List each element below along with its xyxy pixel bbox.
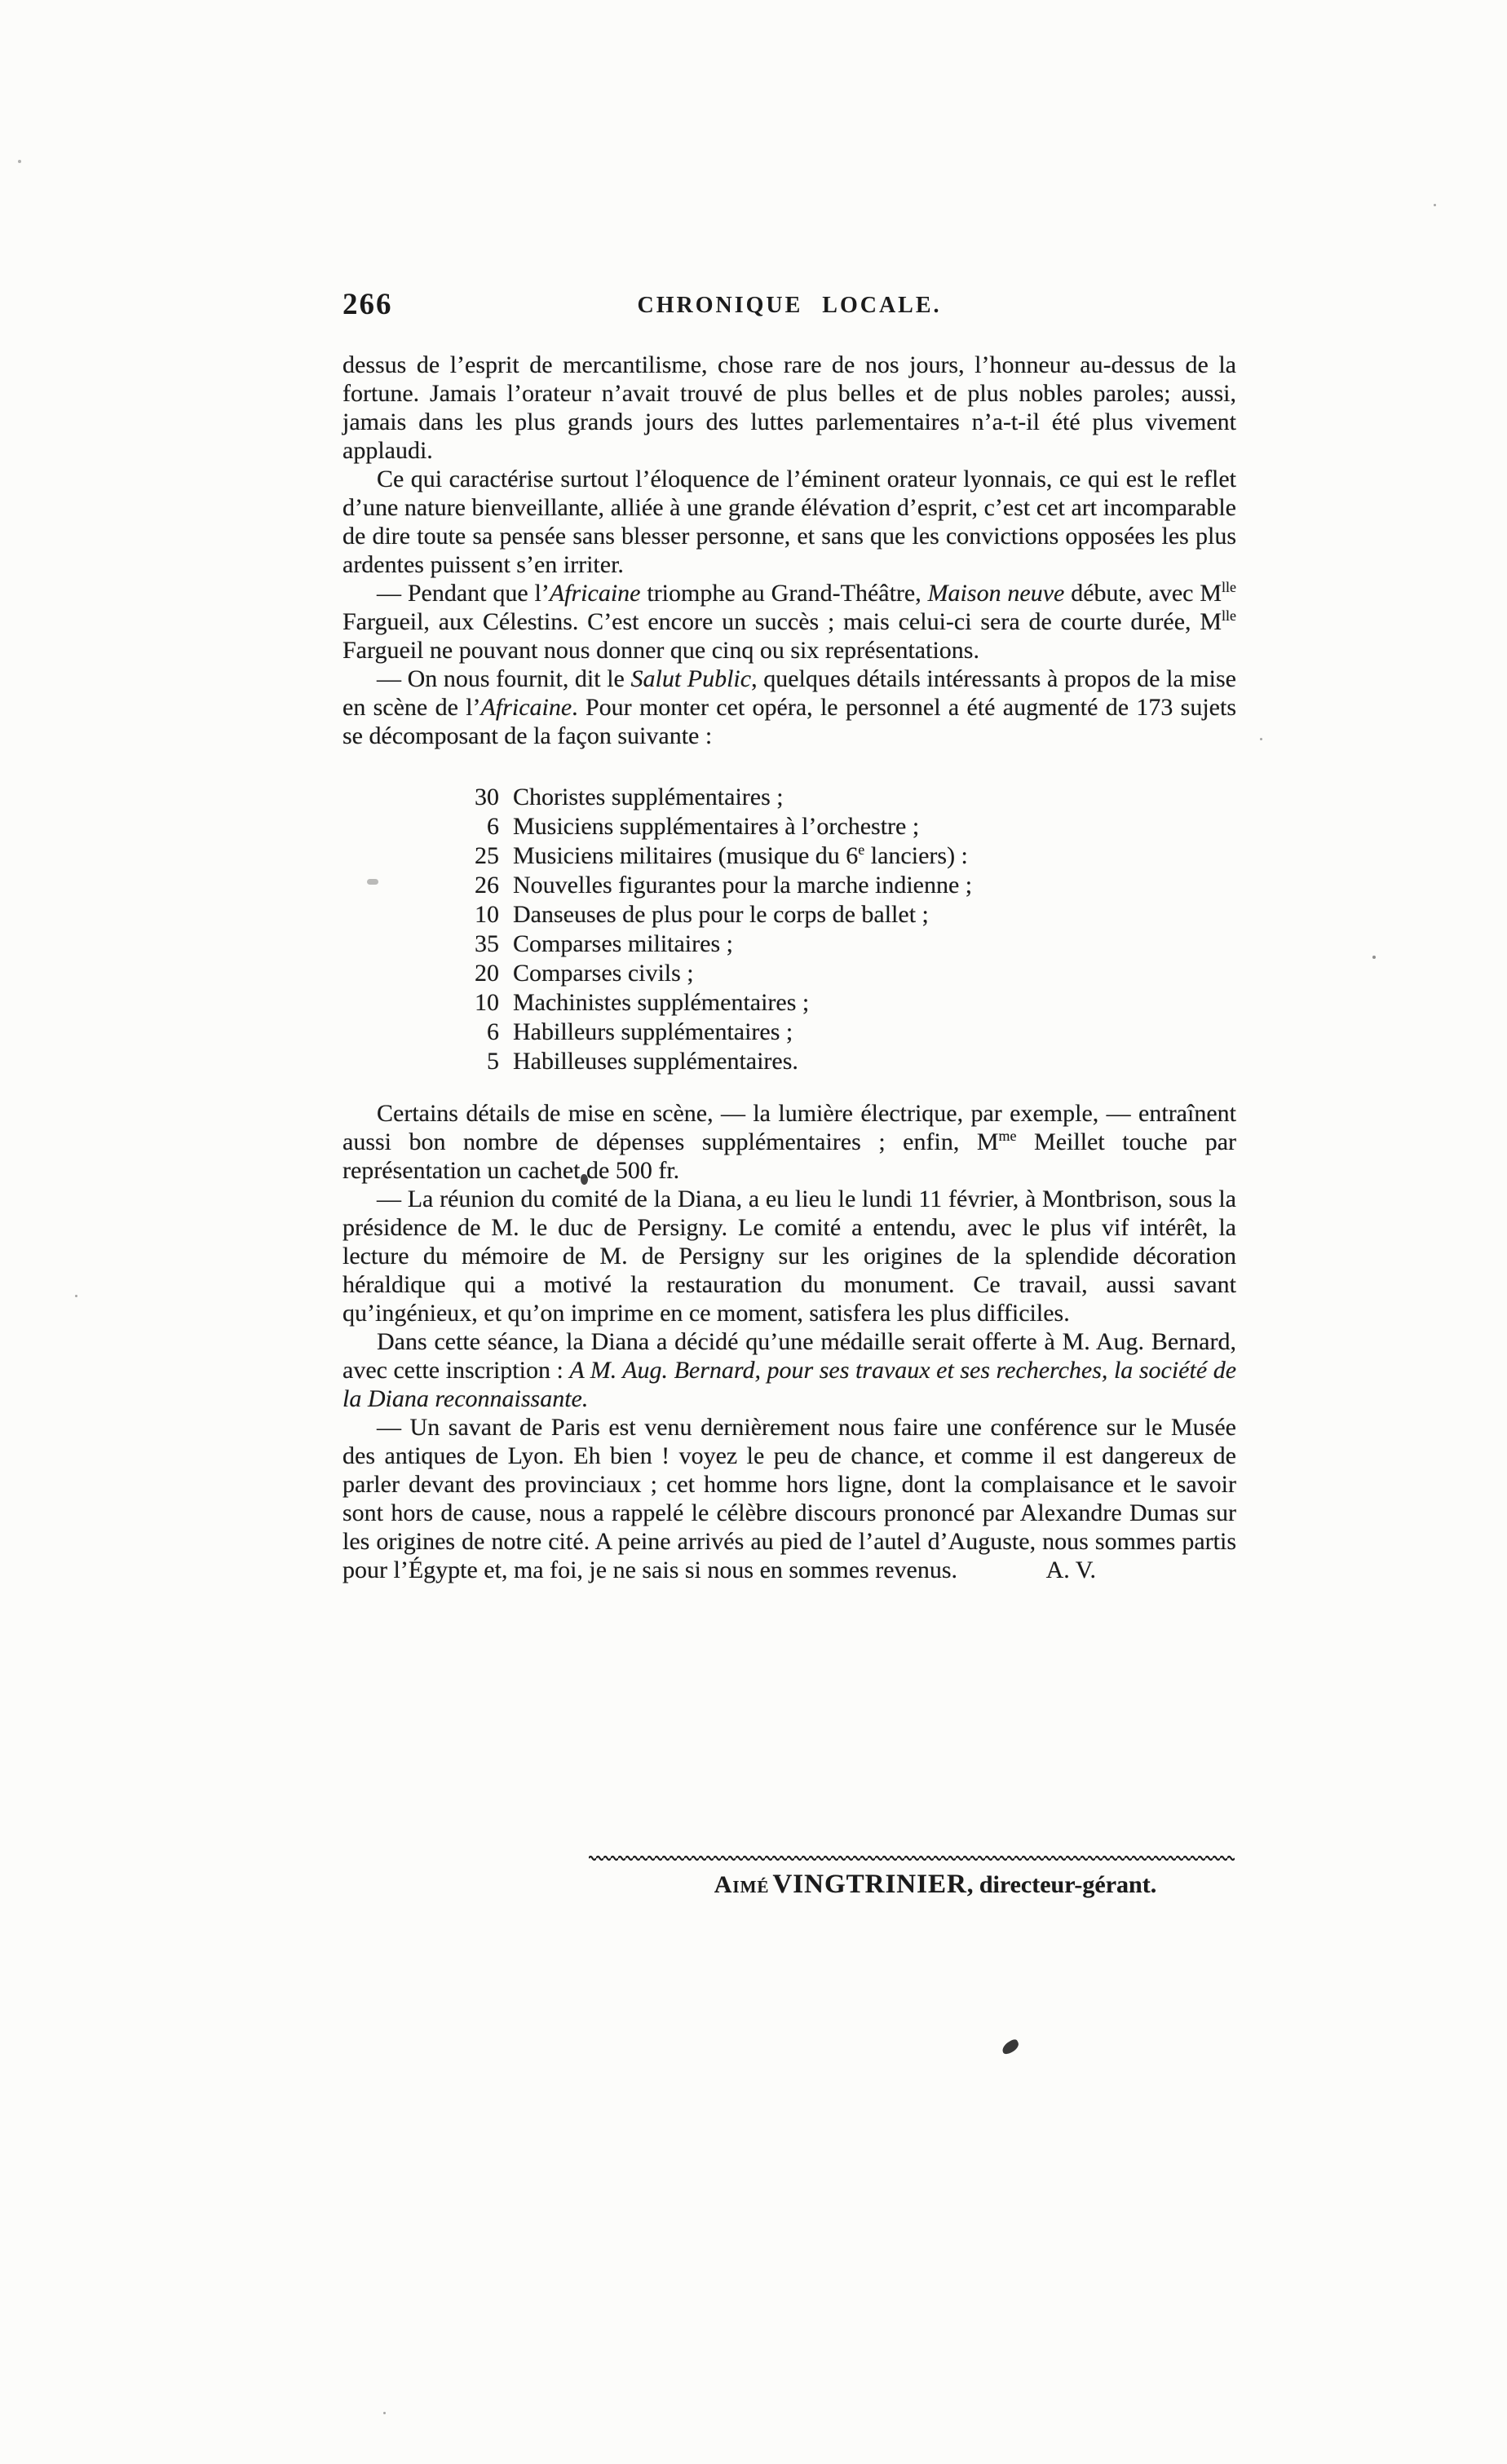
cast-count: 35 <box>342 930 513 959</box>
cast-count: 20 <box>342 959 513 988</box>
cast-count: 5 <box>342 1047 513 1076</box>
cast-label: Machinistes supplémentaires ; <box>513 988 1236 1018</box>
cast-count: 10 <box>342 900 513 930</box>
publisher-byline: Aimé VINGTRINIER, directeur-gérant. <box>589 1870 1235 1900</box>
cast-list-item: 25Musiciens militaires (musique du 6e la… <box>342 841 1236 871</box>
cast-label: Habilleurs supplémentaires ; <box>513 1018 1236 1047</box>
paragraphs-after-list: Certains détails de mise en scène, — la … <box>342 1099 1236 1584</box>
cast-list-item: 6Habilleurs supplémentaires ; <box>342 1018 1236 1047</box>
cast-list-item: 20Comparses civils ; <box>342 959 1236 988</box>
cast-label: Musiciens supplémentaires à l’orchestre … <box>513 812 1236 841</box>
paragraph: — Pendant que l’Africaine triomphe au Gr… <box>342 579 1236 665</box>
cast-label: Choristes supplémentaires ; <box>513 783 1236 812</box>
running-title: CHRONIQUE LOCALE. <box>637 293 941 319</box>
paragraph: — La réunion du comité de la Diana, a eu… <box>342 1185 1236 1327</box>
cast-list-item: 6Musiciens supplémentaires à l’orchestre… <box>342 812 1236 841</box>
byline-last-name: VINGTRINIER <box>772 1870 966 1899</box>
cast-list-item: 30Choristes supplémentaires ; <box>342 783 1236 812</box>
cast-list: 30Choristes supplémentaires ;6Musiciens … <box>342 783 1236 1076</box>
ink-speck <box>1000 2038 1021 2056</box>
paragraph: dessus de l’esprit de mercantilisme, cho… <box>342 351 1236 465</box>
ink-speck <box>1434 204 1436 206</box>
paragraphs-before-list: dessus de l’esprit de mercantilisme, cho… <box>342 351 1236 750</box>
scanned-book-page: 266 CHRONIQUE LOCALE. dessus de l’esprit… <box>0 0 1507 2464</box>
paragraph: Certains détails de mise en scène, — la … <box>342 1099 1236 1185</box>
ink-speck <box>1260 738 1262 740</box>
cast-list-item: 5Habilleuses supplémentaires. <box>342 1047 1236 1076</box>
running-head: 266 CHRONIQUE LOCALE. <box>342 287 1236 328</box>
cast-count: 6 <box>342 812 513 841</box>
cast-label: Comparses militaires ; <box>513 930 1236 959</box>
cast-list-item: 35Comparses militaires ; <box>342 930 1236 959</box>
byline-role: , directeur-gérant. <box>967 1871 1156 1898</box>
paragraph: Ce qui caractérise surtout l’éloquence d… <box>342 465 1236 579</box>
cast-label: Nouvelles figurantes pour la marche indi… <box>513 871 1236 900</box>
ink-speck <box>383 2412 386 2414</box>
byline-first-name: Aimé <box>714 1871 770 1898</box>
ink-speck <box>1372 956 1376 959</box>
cast-count: 25 <box>342 841 513 871</box>
cast-list-item: 10Machinistes supplémentaires ; <box>342 988 1236 1018</box>
cast-label: Musiciens militaires (musique du 6e lanc… <box>513 841 1236 871</box>
wavy-rule-divider <box>589 1854 1235 1862</box>
ink-speck <box>581 1174 588 1185</box>
cast-count: 6 <box>342 1018 513 1047</box>
cast-label: Danseuses de plus pour le corps de balle… <box>513 900 1236 930</box>
cast-list-item: 10Danseuses de plus pour le corps de bal… <box>342 900 1236 930</box>
text-column: 266 CHRONIQUE LOCALE. dessus de l’esprit… <box>342 287 1236 1584</box>
ink-speck <box>367 879 378 885</box>
paragraph: — On nous fournit, dit le Salut Public, … <box>342 665 1236 750</box>
cast-count: 30 <box>342 783 513 812</box>
cast-list-item: 26Nouvelles figurantes pour la marche in… <box>342 871 1236 900</box>
cast-label: Comparses civils ; <box>513 959 1236 988</box>
page-number: 266 <box>342 287 393 322</box>
cast-label: Habilleuses supplémentaires. <box>513 1047 1236 1076</box>
cast-count: 26 <box>342 871 513 900</box>
cast-count: 10 <box>342 988 513 1018</box>
paragraph: Dans cette séance, la Diana a décidé qu’… <box>342 1327 1236 1413</box>
footer: Aimé VINGTRINIER, directeur-gérant. <box>589 1854 1235 1900</box>
ink-speck <box>75 1295 77 1297</box>
ink-speck <box>18 160 21 163</box>
